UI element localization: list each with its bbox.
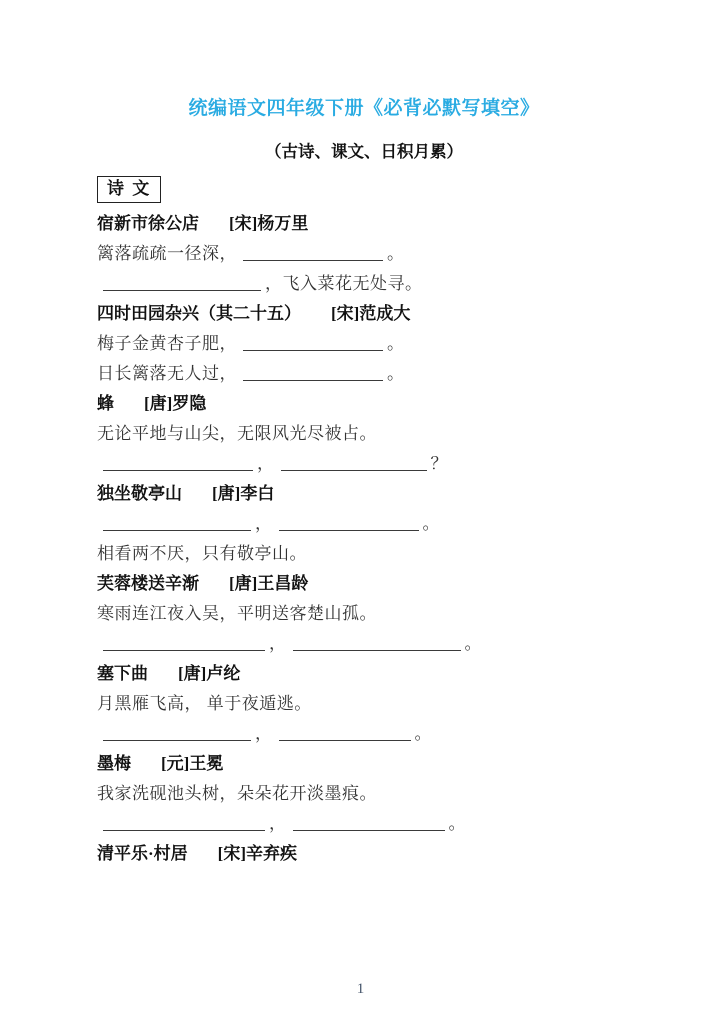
poem-text: ？: [431, 454, 449, 473]
poem-line: 寒雨连江夜入吴，平明送客楚山孤。: [97, 599, 631, 629]
fill-in-blank: [243, 364, 383, 381]
poem-text: 。: [449, 814, 467, 833]
fill-in-blank: [279, 724, 411, 741]
poem-title: 芙蓉楼送辛渐: [97, 574, 199, 593]
poem-author: [唐]罗隐: [144, 394, 206, 413]
poem-text: ，: [269, 634, 287, 653]
poem-block: 塞下曲[唐]卢纶 月黑雁飞高， 单于夜遁逃。，。: [97, 659, 631, 749]
poem-line: 篱落疏疏一径深，。: [97, 239, 631, 269]
poem-text: 。: [387, 244, 405, 263]
poem-heading: 宿新市徐公店[宋]杨万里: [97, 209, 631, 239]
poem-lines: 寒雨连江夜入吴，平明送客楚山孤。，。: [97, 599, 631, 659]
poem-title: 墨梅: [97, 754, 131, 773]
poem-heading: 蜂[唐]罗隐: [97, 389, 631, 419]
fill-in-blank: [281, 454, 427, 471]
page-number: 1: [0, 981, 721, 998]
poem-text: 篱落疏疏一径深，: [97, 244, 237, 263]
poem-lines: 梅子金黄杏子肥，。日长篱落无人过，。: [97, 329, 631, 389]
poem-lines: 篱落疏疏一径深，。，飞入菜花无处寻。: [97, 239, 631, 299]
fill-in-blank: [103, 634, 265, 651]
poem-title: 四时田园杂兴（其二十五）: [97, 304, 301, 323]
poem-block: 蜂[唐]罗隐 无论平地与山尖，无限风光尽被占。，？: [97, 389, 631, 479]
poem-author: [宋]杨万里: [229, 214, 308, 233]
poem-text: 。: [387, 364, 405, 383]
poem-block: 墨梅[元]王冕 我家洗砚池头树，朵朵花开淡墨痕。，。: [97, 749, 631, 839]
poem-heading: 清平乐·村居[宋]辛弃疾: [97, 839, 631, 869]
poem-line: 无论平地与山尖，无限风光尽被占。: [97, 419, 631, 449]
poem-block: 宿新市徐公店[宋]杨万里 篱落疏疏一径深，。，飞入菜花无处寻。: [97, 209, 631, 299]
fill-in-blank: [279, 514, 419, 531]
poem-block: 芙蓉楼送辛渐[唐]王昌龄 寒雨连江夜入吴，平明送客楚山孤。，。: [97, 569, 631, 659]
poem-list: 宿新市徐公店[宋]杨万里 篱落疏疏一径深，。，飞入菜花无处寻。 四时田园杂兴（其…: [97, 209, 631, 869]
poem-author: [宋]范成大: [331, 304, 410, 323]
poem-text: 。: [465, 634, 483, 653]
poem-text: 梅子金黄杏子肥，: [97, 334, 237, 353]
poem-line: ，。: [97, 719, 631, 749]
poem-lines: 无论平地与山尖，无限风光尽被占。，？: [97, 419, 631, 479]
poem-line: ，。: [97, 629, 631, 659]
poem-line: ，飞入菜花无处寻。: [97, 269, 631, 299]
poem-heading: 四时田园杂兴（其二十五）[宋]范成大: [97, 299, 631, 329]
poem-title: 清平乐·村居: [97, 844, 188, 863]
poem-text: ，: [255, 724, 273, 743]
poem-text: 。: [387, 334, 405, 353]
poem-line: 相看两不厌，只有敬亭山。: [97, 539, 631, 569]
poem-line: 梅子金黄杏子肥，。: [97, 329, 631, 359]
poem-line: ，？: [97, 449, 631, 479]
poem-block: 清平乐·村居[宋]辛弃疾: [97, 839, 631, 869]
poem-title: 蜂: [97, 394, 114, 413]
poem-heading: 芙蓉楼送辛渐[唐]王昌龄: [97, 569, 631, 599]
poem-text: 日长篱落无人过，: [97, 364, 237, 383]
poem-title: 独坐敬亭山: [97, 484, 182, 503]
poem-text: ，: [269, 814, 287, 833]
fill-in-blank: [103, 454, 253, 471]
poem-text: 。: [423, 514, 441, 533]
poem-author: [唐]卢纶: [178, 664, 240, 683]
fill-in-blank: [243, 334, 383, 351]
poem-lines: 我家洗砚池头树，朵朵花开淡墨痕。，。: [97, 779, 631, 839]
poem-author: [唐]王昌龄: [229, 574, 308, 593]
fill-in-blank: [243, 244, 383, 261]
fill-in-blank: [293, 814, 445, 831]
section-label: 诗 文: [97, 176, 161, 203]
fill-in-blank: [103, 274, 261, 291]
poem-author: [唐]李白: [212, 484, 274, 503]
poem-title: 塞下曲: [97, 664, 148, 683]
poem-text: 月黑雁飞高， 单于夜遁逃。: [97, 694, 312, 713]
fill-in-blank: [103, 514, 251, 531]
poem-line: ，。: [97, 809, 631, 839]
poem-text: ，飞入菜花无处寻。: [265, 274, 423, 293]
poem-heading: 墨梅[元]王冕: [97, 749, 631, 779]
fill-in-blank: [103, 724, 251, 741]
page-content: 统编语文四年级下册《必背必默写填空》 （古诗、课文、日积月累） 诗 文 宿新市徐…: [97, 96, 631, 869]
poem-title: 宿新市徐公店: [97, 214, 199, 233]
poem-text: ，: [257, 454, 275, 473]
poem-author: [元]王冕: [161, 754, 223, 773]
poem-line: 日长篱落无人过，。: [97, 359, 631, 389]
poem-line: 我家洗砚池头树，朵朵花开淡墨痕。: [97, 779, 631, 809]
poem-text: ，: [255, 514, 273, 533]
poem-lines: ，。相看两不厌，只有敬亭山。: [97, 509, 631, 569]
poem-line: 月黑雁飞高， 单于夜遁逃。: [97, 689, 631, 719]
poem-lines: 月黑雁飞高， 单于夜遁逃。，。: [97, 689, 631, 749]
poem-text: 无论平地与山尖，无限风光尽被占。: [97, 424, 377, 443]
poem-text: 寒雨连江夜入吴，平明送客楚山孤。: [97, 604, 377, 623]
worksheet-page: 统编语文四年级下册《必背必默写填空》 （古诗、课文、日积月累） 诗 文 宿新市徐…: [0, 0, 721, 1024]
poem-author: [宋]辛弃疾: [218, 844, 297, 863]
poem-line: ，。: [97, 509, 631, 539]
page-subtitle: （古诗、课文、日积月累）: [97, 140, 631, 164]
poem-text: 。: [415, 724, 433, 743]
page-title: 统编语文四年级下册《必背必默写填空》: [97, 96, 631, 122]
poem-heading: 独坐敬亭山[唐]李白: [97, 479, 631, 509]
poem-block: 独坐敬亭山[唐]李白 ，。相看两不厌，只有敬亭山。: [97, 479, 631, 569]
fill-in-blank: [103, 814, 265, 831]
poem-text: 我家洗砚池头树，朵朵花开淡墨痕。: [97, 784, 377, 803]
fill-in-blank: [293, 634, 461, 651]
poem-block: 四时田园杂兴（其二十五）[宋]范成大 梅子金黄杏子肥，。日长篱落无人过，。: [97, 299, 631, 389]
poem-heading: 塞下曲[唐]卢纶: [97, 659, 631, 689]
poem-text: 相看两不厌，只有敬亭山。: [97, 544, 307, 563]
